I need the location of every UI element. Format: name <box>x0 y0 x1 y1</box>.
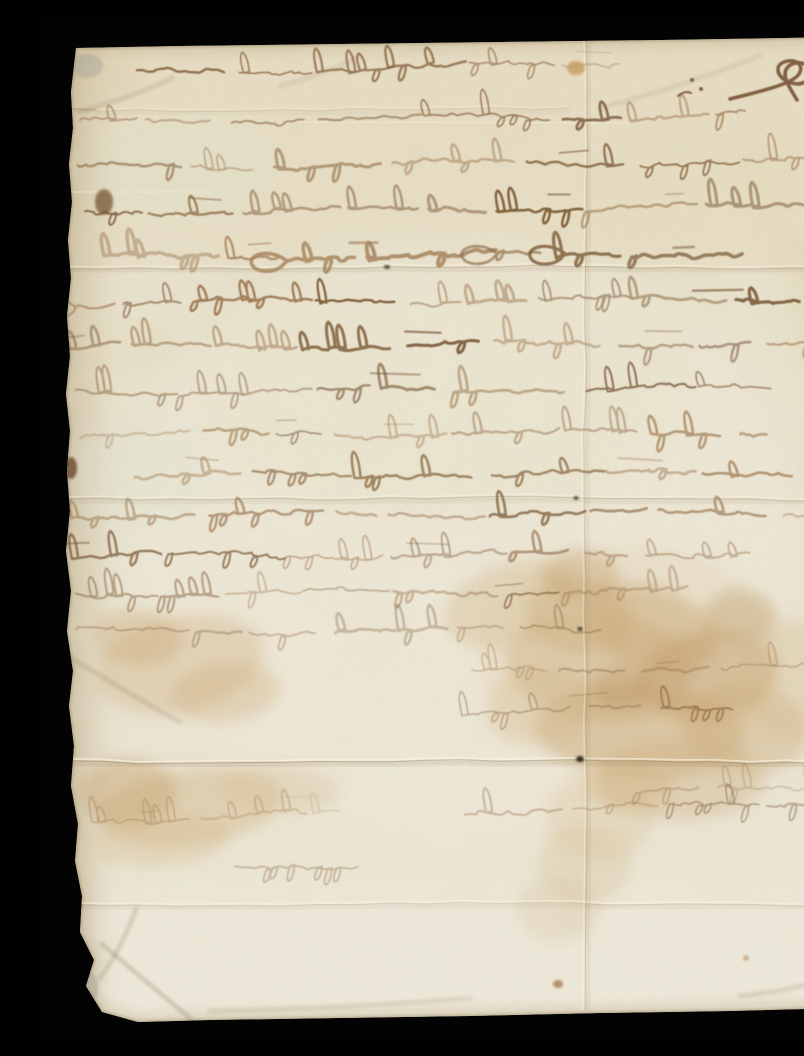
letter-photo: Scanned single sheet of a 19th-century h… <box>40 16 804 1040</box>
scanned-letter <box>40 16 804 1040</box>
paper-grain-texture <box>40 16 804 1040</box>
